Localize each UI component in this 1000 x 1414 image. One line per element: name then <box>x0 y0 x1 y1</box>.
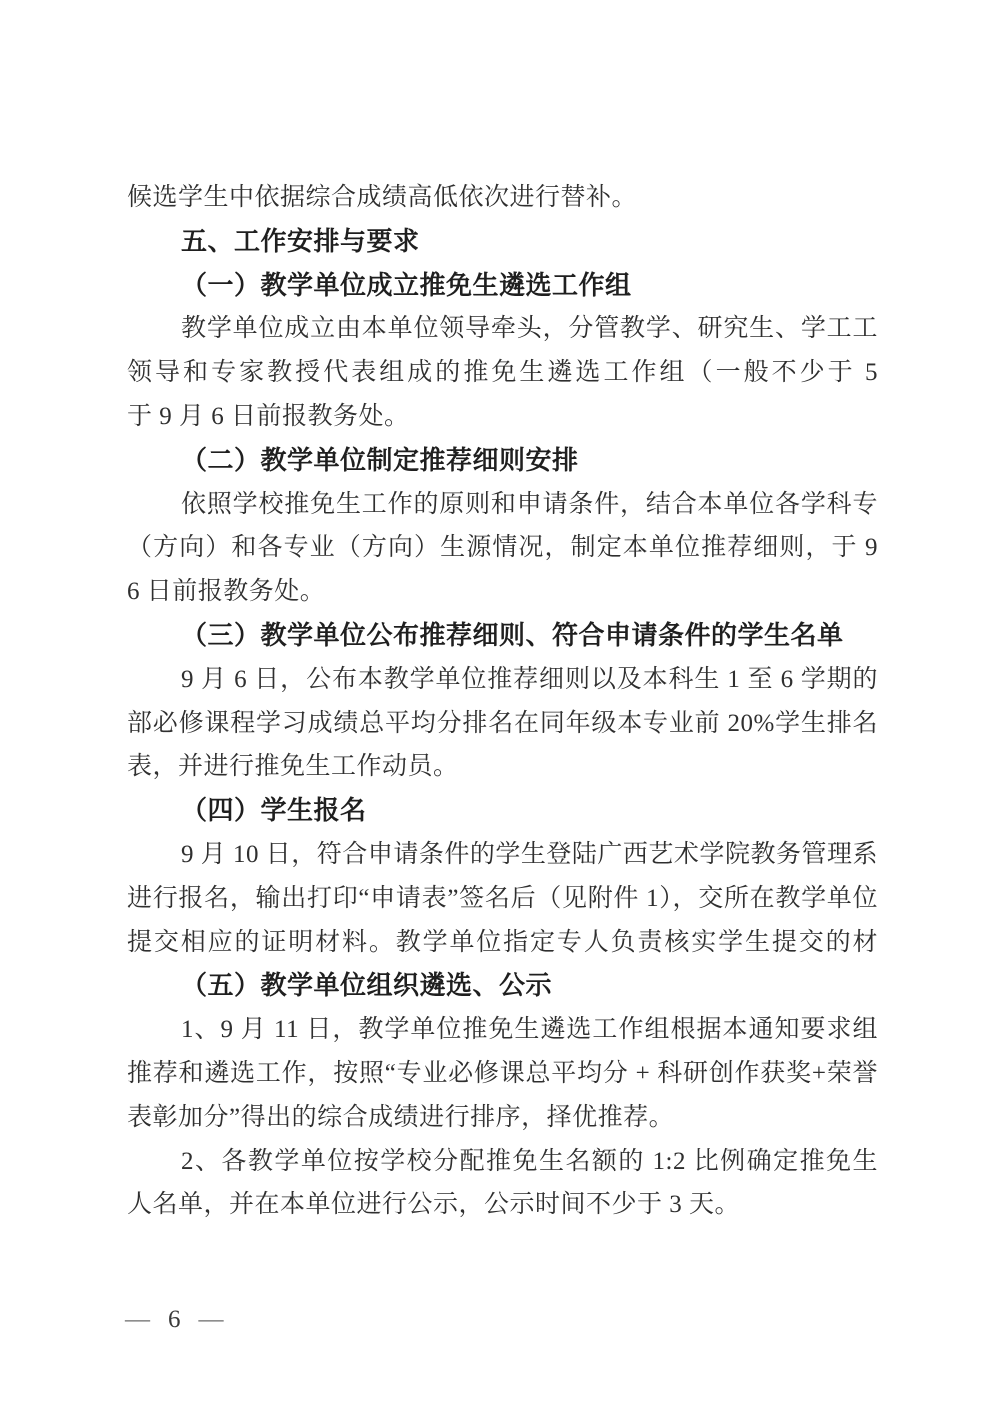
text-line: 表，并进行推免生工作动员。 <box>127 745 878 789</box>
text-line: 表彰加分”得出的综合成绩进行排序，择优推荐。 <box>127 1096 878 1140</box>
text-line: 于 9 月 6 日前报教务处。 <box>127 395 878 439</box>
heading-line: （五）教学单位组织遴选、公示 <box>127 964 878 1008</box>
footer-dash-right: — <box>199 1300 224 1340</box>
heading-line: （四）学生报名 <box>127 789 878 833</box>
text-line: 进行报名，输出打印“申请表”签名后（见附件 1），交所在教学单位并 <box>127 877 878 921</box>
footer-dash-left: — <box>125 1300 150 1340</box>
text-line: 候选学生中依据综合成绩高低依次进行替补。 <box>127 176 878 220</box>
document-body: 候选学生中依据综合成绩高低依次进行替补。五、工作安排与要求（一）教学单位成立推免… <box>127 176 878 1227</box>
text-line: 人名单，并在本单位进行公示，公示时间不少于 3 天。 <box>127 1183 878 1227</box>
page-footer: — 6 — <box>125 1300 224 1340</box>
text-line: 教学单位成立由本单位领导牵头，分管教学、研究生、学工工作 <box>127 307 878 351</box>
text-line: （方向）和各专业（方向）生源情况，制定本单位推荐细则，于 9 月 <box>127 526 878 570</box>
heading-line: （二）教学单位制定推荐细则安排 <box>127 439 878 483</box>
text-line: 1、9 月 11 日，教学单位推免生遴选工作组根据本通知要求组织 <box>127 1008 878 1052</box>
heading-line: 五、工作安排与要求 <box>127 220 878 264</box>
text-line: 部必修课程学习成绩总平均分排名在同年级本专业前 20%学生排名 <box>127 702 878 746</box>
text-line: 推荐和遴选工作，按照“专业必修课总平均分 + 科研创作获奖+荣誉 <box>127 1052 878 1096</box>
text-line: 依照学校推免生工作的原则和申请条件，结合本单位各学科专业 <box>127 483 878 527</box>
document-page: 候选学生中依据综合成绩高低依次进行替补。五、工作安排与要求（一）教学单位成立推免… <box>0 0 1000 1414</box>
text-line: 9 月 6 日，公布本教学单位推荐细则以及本科生 1 至 6 学期的全 <box>127 658 878 702</box>
text-line: 9 月 10 日，符合申请条件的学生登陆广西艺术学院教务管理系统 <box>127 833 878 877</box>
text-line: 提交相应的证明材料。教学单位指定专人负责核实学生提交的材料。 <box>127 921 878 965</box>
page-number: 6 <box>168 1300 181 1340</box>
heading-line: （一）教学单位成立推免生遴选工作组 <box>127 264 878 308</box>
text-line: 6 日前报教务处。 <box>127 570 878 614</box>
text-line: 领导和专家教授代表组成的推免生遴选工作组（一般不少于 5 人）， <box>127 351 878 395</box>
heading-line: （三）教学单位公布推荐细则、符合申请条件的学生名单 <box>127 614 878 658</box>
text-line: 2、各教学单位按学校分配推免生名额的 1:2 比例确定推免生候选 <box>127 1140 878 1184</box>
